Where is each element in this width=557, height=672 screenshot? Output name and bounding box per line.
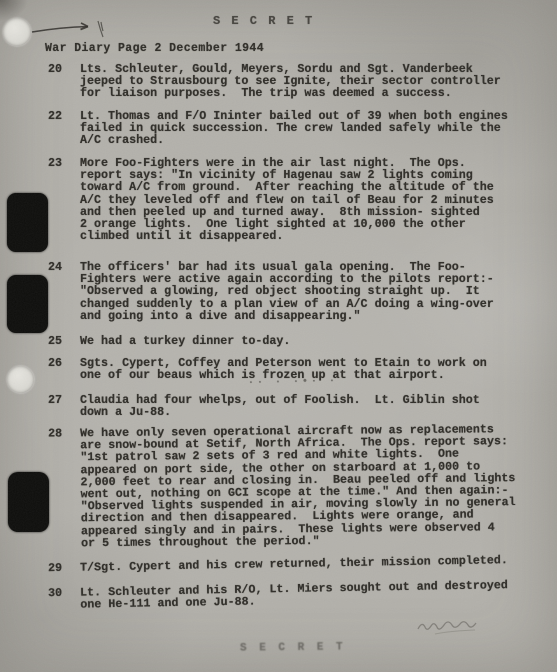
entry-text-line: A/C crashed. <box>80 134 540 146</box>
war-diary-scanned-page: S E C R E T War Diary Page 2 December 19… <box>0 0 557 672</box>
entry-number: 30 <box>48 587 62 599</box>
faint-dots-mark: ·· · ·•· · <box>248 376 338 389</box>
entry-text-line: A/C they leveled off and flew on tail of… <box>80 194 540 206</box>
entry-number: 25 <box>48 335 62 347</box>
diary-entries: 20Lts. Schleuter, Gould, Meyers, Sordu a… <box>0 0 557 672</box>
entry-number: 20 <box>48 63 62 75</box>
entry-number: 29 <box>48 562 62 574</box>
entry-text-line: changed suddenly to a plan view of an A/… <box>80 298 540 310</box>
entry-text-line: T/Sgt. Cypert and his crew returned, the… <box>80 554 540 574</box>
classification-banner-bottom: S E C R E T <box>240 641 346 654</box>
entry-text: Lts. Schleuter, Gould, Meyers, Sordu and… <box>80 63 540 100</box>
entry-text: T/Sgt. Cypert and his crew returned, the… <box>80 554 540 574</box>
entry-text-line: "Observed a glowing, red object shooting… <box>80 285 540 297</box>
entry-number: 26 <box>48 357 62 369</box>
entry-text-line: climbed until it disappeared. <box>80 230 540 242</box>
entry-text-line: for liaison purposes. The trip was deeme… <box>80 87 540 99</box>
entry-text: Claudia had four whelps, out of Foolish.… <box>80 394 540 418</box>
entry-text: Lt. Schleuter and his R/O, Lt. Miers sou… <box>80 579 540 611</box>
entry-number: 24 <box>48 261 62 273</box>
entry-text: We had a turkey dinner to-day. <box>80 335 540 347</box>
entry-text: More Foo-Fighters were in the air last n… <box>80 157 540 242</box>
entry-number: 23 <box>48 157 62 169</box>
entry-text: We have only seven operational aircraft … <box>80 423 541 549</box>
entry-text: The officers' bar had its usual gala ope… <box>80 261 540 322</box>
entry-text-line: down a Ju-88. <box>80 406 540 418</box>
entry-number: 22 <box>48 110 62 122</box>
entry-text-line: or 5 times throughout the period." <box>81 533 541 550</box>
entry-text-line: We had a turkey dinner to-day. <box>80 335 540 347</box>
entry-text-line: and going into a dive and disappearing." <box>80 310 540 322</box>
entry-text: Lt. Thomas and F/O Ininter bailed out of… <box>80 110 540 147</box>
entry-number: 28 <box>48 427 62 439</box>
entry-text-line: toward A/C from ground. After reaching t… <box>80 181 540 193</box>
entry-number: 27 <box>48 394 62 406</box>
